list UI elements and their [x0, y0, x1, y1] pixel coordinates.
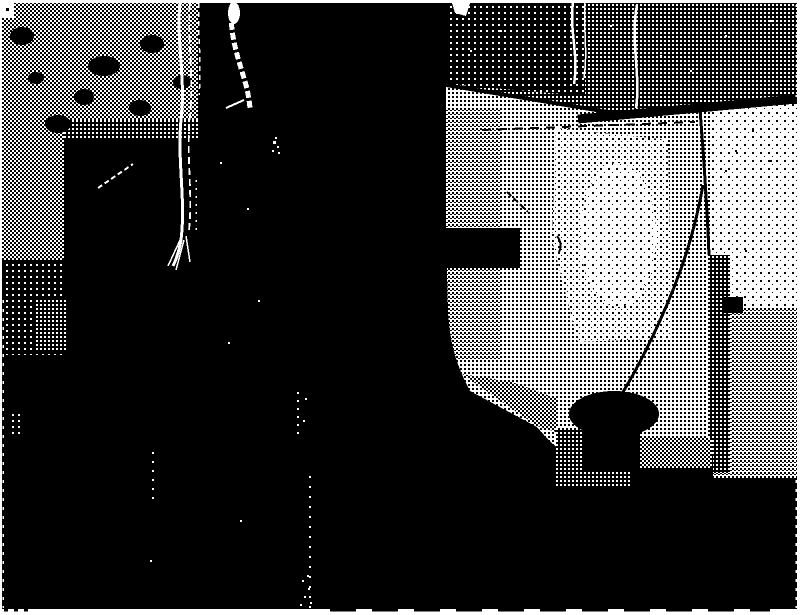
protruding-bar	[432, 228, 520, 268]
window-strip	[708, 104, 797, 478]
photo-canvas	[0, 0, 800, 615]
foreground-floor	[2, 452, 797, 609]
halftone-photograph: Halftone photograph of workshop interior…	[0, 0, 800, 615]
